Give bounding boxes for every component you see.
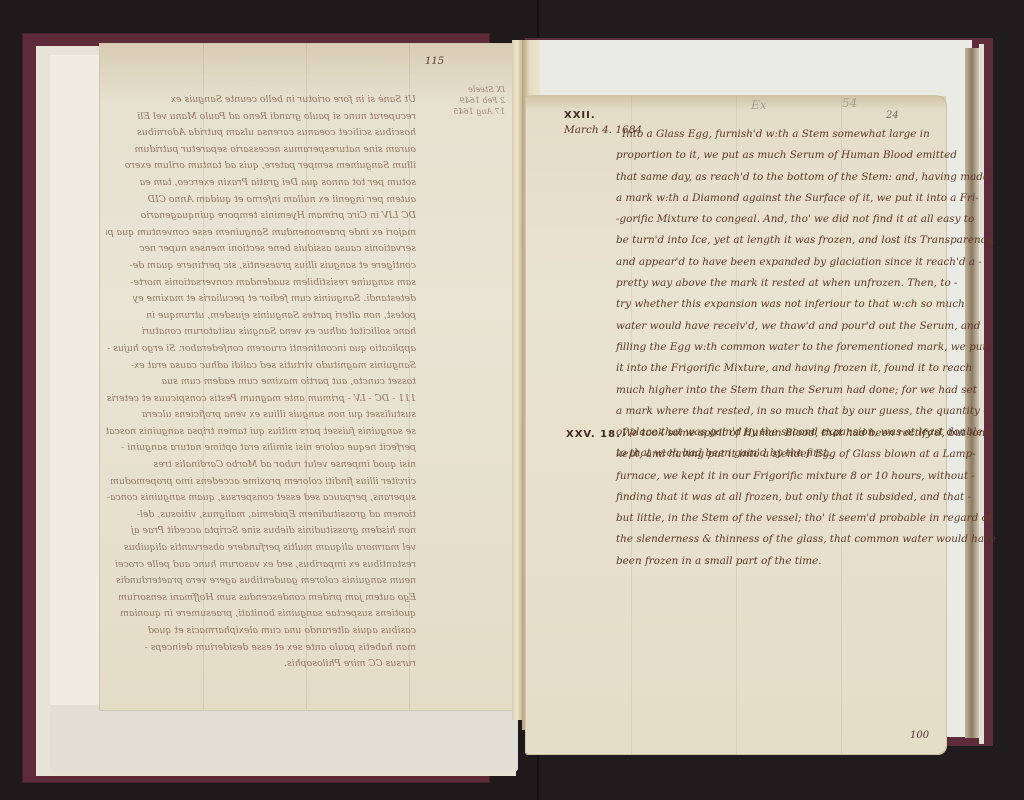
show-through-line: recuperat nunc si paulo grandi Reno ad P… xyxy=(106,109,416,126)
show-through-line: rursus CC mire Philosophis. xyxy=(106,656,416,673)
show-through-line: 111 - DC - LV - primum ante magnum Pesti… xyxy=(106,391,416,408)
show-through-line: hanc sollicitat adhuc ex vena Sanguis us… xyxy=(106,324,416,341)
margin-note-line: 2 Feb 1649 xyxy=(435,95,505,106)
entry-line: try whether this expansion was not infer… xyxy=(616,294,941,315)
show-through-line: superans, perpauca sed esset conspersus,… xyxy=(106,490,416,507)
show-through-line: potest, non alteri partes Sanguinis ejus… xyxy=(106,308,416,325)
show-through-line: man habetis paulo ante sex et esse desid… xyxy=(106,640,416,657)
entry-line: it into the Frigorific Mixture, and havi… xyxy=(616,358,941,379)
show-through-line: tionem ad grossitudinem Epidemia, malign… xyxy=(106,507,416,524)
show-through-line: sam sanguine resistibilem suadendam conv… xyxy=(106,275,416,292)
pencil-mark: 54 xyxy=(842,96,857,110)
show-through-line: perfecit neque colore nisi similis erat … xyxy=(106,440,416,457)
show-through-line: non hisdem grossitudinis diebus sine Scr… xyxy=(106,523,416,540)
show-through-line: contigere et sanguis illius praesentis, … xyxy=(106,258,416,275)
show-through-line: sustulisset qui non sanguis illius ex ve… xyxy=(106,407,416,424)
show-through-line: casibus aquis alterando una cum alexipha… xyxy=(106,623,416,640)
show-through-line: sotum per tot annos qua Dei gratia Praxi… xyxy=(106,175,416,192)
folio-number-right: 24 xyxy=(886,110,899,121)
entry-text: We took some spirit of Human Blood, that… xyxy=(616,423,941,572)
entry-line: the slenderness & thinness of the glass,… xyxy=(616,529,941,550)
folio-number-left: 115 xyxy=(425,56,444,67)
entry-line: and appear'd to have been expanded by gl… xyxy=(616,252,941,273)
entry-text: Into a Glass Egg, furnish'd w:th a Stem … xyxy=(616,124,941,465)
manuscript-page-left: 115 IX Steele 2 Feb 1649 17 Aug 1645 Ut … xyxy=(100,44,512,710)
margin-note-line: IX Steele xyxy=(435,84,505,95)
entry-line: much higher into the Stem than the Serum… xyxy=(616,380,941,401)
entry-line: -gorific Mixture to congeal. And, tho' w… xyxy=(616,209,941,230)
entry-line: furnace, we kept it in our Frigorific mi… xyxy=(616,466,941,487)
show-through-line: nisi quod impense velut rubor ad Morbo C… xyxy=(106,457,416,474)
pencil-mark: Ex xyxy=(751,98,767,112)
entry-line: a mark w:th a Diamond against the Surfac… xyxy=(616,188,941,209)
entry-line: filling the Egg w:th common water to the… xyxy=(616,337,941,358)
entry-line: proportion to it, we put as much Serum o… xyxy=(616,145,941,166)
entry-line: kept, and having put it into a slender E… xyxy=(616,444,941,465)
show-through-line: ouram sine naturesperamus necessario sep… xyxy=(106,142,416,159)
gutter-left xyxy=(512,40,522,720)
show-through-text: Ut Sanè si in fore oriotur in bello ceun… xyxy=(106,92,416,673)
mount-sheet-left xyxy=(50,705,518,772)
entry-line: water would have receiv'd, we thaw'd and… xyxy=(616,316,941,337)
show-through-line: DC LIV in Circ primam Hyeminis tempore q… xyxy=(106,208,416,225)
show-through-line: tosset cuncto, aut partio maxime cum ead… xyxy=(106,374,416,391)
margin-note: IX Steele 2 Feb 1649 17 Aug 1645 xyxy=(435,84,505,117)
show-through-line: vel marmora aliquam multis perfundere ob… xyxy=(106,540,416,557)
show-through-line: Ego autem jam pridem condescendus sum Ho… xyxy=(106,590,416,607)
entry-line: been frozen in a small part of the time. xyxy=(616,551,941,572)
endpaper-edge-right xyxy=(979,44,984,744)
entry-line: but little, in the Stem of the vessel; t… xyxy=(616,508,941,529)
entry-line: finding that it was at all frozen, but o… xyxy=(616,487,941,508)
entry-line: that same day, as reach'd to the bottom … xyxy=(616,167,941,188)
show-through-line: se sanguinis fuisset pars mitius qui tam… xyxy=(106,424,416,441)
entry-line: Into a Glass Egg, furnish'd w:th a Stem … xyxy=(616,124,941,145)
entry-number: XXII. xyxy=(564,110,596,121)
show-through-line: majori ex inde praemonendum Sanguinem es… xyxy=(106,225,416,242)
mount-strip-left xyxy=(50,55,101,772)
show-through-line: Sanguinis magnitudo virtutis sed calidi … xyxy=(106,358,416,375)
show-through-line: circiter illius finditi colorem proxime … xyxy=(106,474,416,491)
show-through-line: quotiens suspectae sanguinis bonitati, p… xyxy=(106,606,416,623)
show-through-line: illum Sanguinem semper patere, quis ad t… xyxy=(106,158,416,175)
entry-line: be turn'd into Ice, yet at length it was… xyxy=(616,230,941,251)
show-through-line: autem per ingenii ex nullam inferno et q… xyxy=(106,192,416,209)
manuscript-page-right: Ex 54 24 XXII. March 4. 1684 Into a Glas… xyxy=(526,96,946,754)
entry-line: pretty way above the mark it rested at w… xyxy=(616,273,941,294)
show-through-line: detestandi. Sanguinis cum fedior et pecu… xyxy=(106,291,416,308)
margin-note-line: 17 Aug 1645 xyxy=(435,106,505,117)
show-through-line: Ut Sanè si in fore oriotur in bello ceun… xyxy=(106,92,416,109)
show-through-line: servationis causa assiduis bene sectioni… xyxy=(106,241,416,258)
show-through-line: applicatio qua incontinenti cruorem conf… xyxy=(106,341,416,358)
entry-line: a mark where that rested, in so much tha… xyxy=(616,401,941,422)
entry-line: We took some spirit of Human Blood, that… xyxy=(616,423,941,444)
show-through-line: restantibus ex imparibus, sed ex vasorum… xyxy=(106,557,416,574)
folio-number-bottom: 100 xyxy=(910,730,929,741)
entry-number: XXV. 18. xyxy=(566,429,621,440)
show-through-line: neum sanguinis colorem gaudentibus agere… xyxy=(106,573,416,590)
show-through-line: hoscibus scilicet coeanus carensa ulsam … xyxy=(106,125,416,142)
